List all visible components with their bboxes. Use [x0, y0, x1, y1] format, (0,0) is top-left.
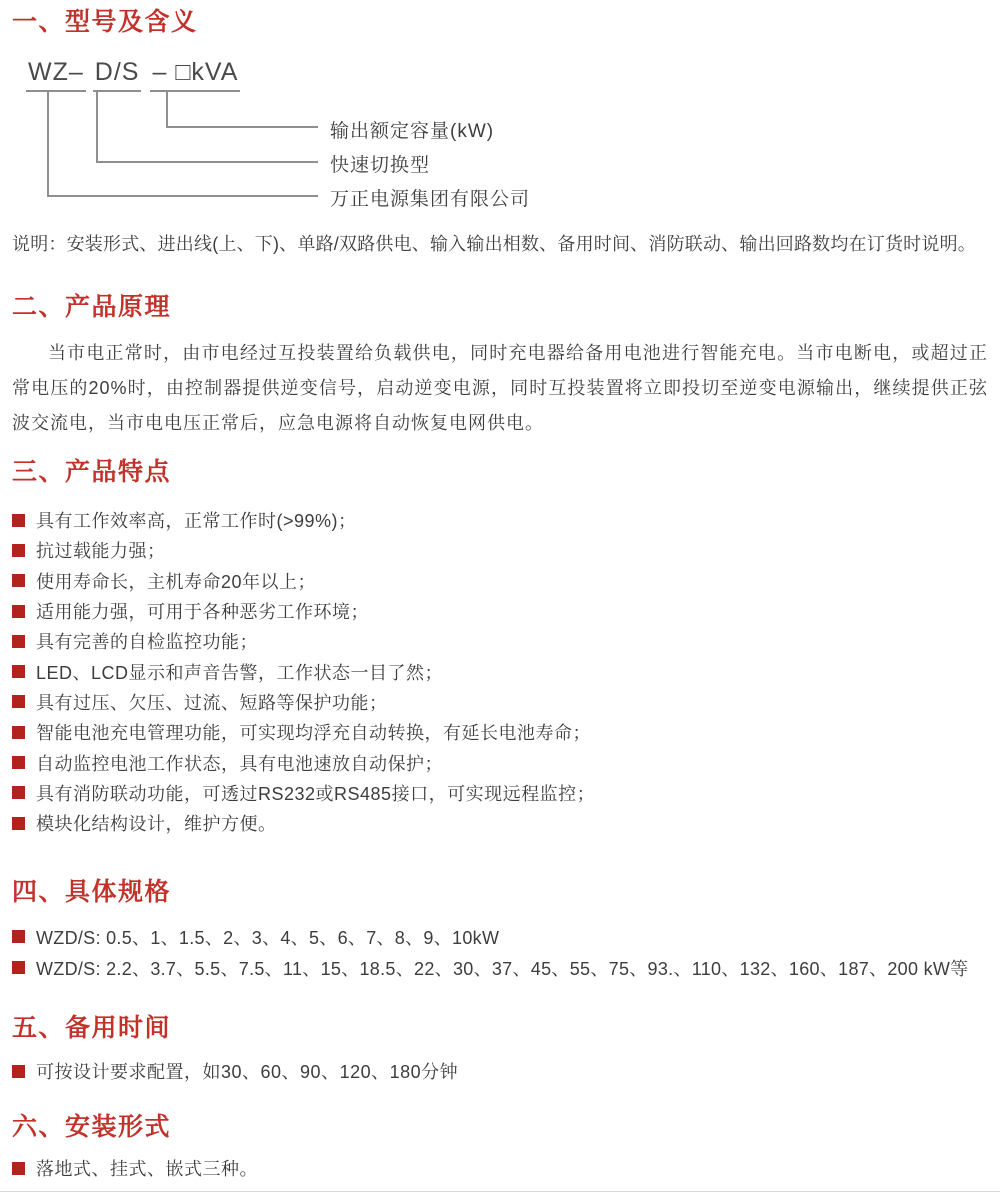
feature-item: 具有工作效率高，正常工作时(>99%)； [12, 505, 595, 535]
feature-item-text: LED、LCD显示和声音告警，工作状态一目了然； [36, 659, 443, 685]
installation-list: 落地式、挂式、嵌式三种。 [12, 1153, 258, 1183]
connector-line-capacity [166, 90, 168, 128]
connector-line-capacity-horizontal [166, 126, 318, 128]
model-code: WZ– D/S – □kVA [26, 58, 240, 92]
principle-paragraph: 当市电正常时，由市电经过互投装置给负载供电，同时充电器给备用电池进行智能充电。当… [12, 336, 988, 441]
bullet-square-icon [12, 635, 25, 648]
model-note: 说明：安装形式、进出线(上、下)、单路/双路供电、输入输出相数、备用时间、消防联… [12, 230, 976, 256]
bullet-square-icon [12, 1065, 25, 1078]
catalog-page: 一、型号及含义 WZ– D/S – □kVA 输出额定容量(kW) 快速切换型 … [0, 0, 1000, 1196]
feature-list: 具有工作效率高，正常工作时(>99%)； 抗过载能力强； 使用寿命长，主机寿命2… [12, 505, 595, 838]
feature-item-text: 使用寿命长，主机寿命20年以上； [36, 568, 316, 594]
feature-item: 具有过压、欠压、过流、短路等保护功能； [12, 687, 595, 717]
feature-item-text: 自动监控电池工作状态，具有电池速放自动保护； [36, 750, 443, 776]
feature-item: LED、LCD显示和声音告警，工作状态一目了然； [12, 656, 595, 686]
feature-item: 使用寿命长，主机寿命20年以上； [12, 566, 595, 596]
bullet-square-icon [12, 726, 25, 739]
bullet-square-icon [12, 756, 25, 769]
bullet-square-icon [12, 514, 25, 527]
backup-time-item: 可按设计要求配置，如30、60、90、120、180分钟 [12, 1056, 458, 1086]
section-3-heading: 三、产品特点 [12, 457, 171, 487]
backup-time-list: 可按设计要求配置，如30、60、90、120、180分钟 [12, 1056, 458, 1086]
bullet-square-icon [12, 1162, 25, 1175]
feature-item: 模块化结构设计，维护方便。 [12, 808, 595, 838]
connector-line-type-horizontal [96, 161, 318, 163]
model-code-type: D/S [93, 58, 142, 92]
model-code-prefix: WZ– [26, 58, 86, 92]
feature-item: 具有消防联动功能，可透过RS232或RS485接口，可实现远程监控； [12, 778, 595, 808]
bullet-square-icon [12, 786, 25, 799]
installation-item-text: 落地式、挂式、嵌式三种。 [36, 1155, 258, 1181]
bullet-square-icon [12, 574, 25, 587]
feature-item: 抗过载能力强； [12, 535, 595, 565]
connector-line-company-horizontal [47, 195, 318, 197]
backup-time-item-text: 可按设计要求配置，如30、60、90、120、180分钟 [36, 1058, 458, 1084]
spec-item-text: WZD/S: 2.2、3.7、5.5、7.5、11、15、18.5、22、30、… [36, 955, 969, 981]
connector-line-company [47, 90, 49, 197]
spec-list: WZD/S: 0.5、1、1.5、2、3、4、5、6、7、8、9、10kW WZ… [12, 921, 969, 983]
feature-item-text: 模块化结构设计，维护方便。 [36, 810, 277, 836]
feature-item-text: 具有工作效率高，正常工作时(>99%)； [36, 507, 357, 533]
feature-item: 自动监控电池工作状态，具有电池速放自动保护； [12, 747, 595, 777]
bullet-square-icon [12, 817, 25, 830]
feature-item-text: 智能电池充电管理功能，可实现均浮充自动转换，有延长电池寿命； [36, 719, 591, 745]
page-bottom-rule [0, 1191, 1000, 1192]
section-6-heading: 六、安装形式 [12, 1112, 171, 1142]
feature-item-text: 具有消防联动功能，可透过RS232或RS485接口，可实现远程监控； [36, 780, 595, 806]
bullet-square-icon [12, 544, 25, 557]
bullet-square-icon [12, 695, 25, 708]
bullet-square-icon [12, 961, 25, 974]
bullet-square-icon [12, 605, 25, 618]
bullet-square-icon [12, 665, 25, 678]
feature-item-text: 具有完善的自检监控功能； [36, 628, 258, 654]
section-5-heading: 五、备用时间 [12, 1013, 171, 1043]
spec-item: WZD/S: 0.5、1、1.5、2、3、4、5、6、7、8、9、10kW [12, 921, 969, 952]
feature-item: 适用能力强，可用于各种恶劣工作环境； [12, 596, 595, 626]
section-4-heading: 四、具体规格 [12, 877, 171, 907]
feature-item: 智能电池充电管理功能，可实现均浮充自动转换，有延长电池寿命； [12, 717, 595, 747]
connector-line-type [96, 90, 98, 163]
model-code-capacity: – □kVA [150, 58, 240, 92]
model-label-company: 万正电源集团有限公司 [330, 184, 530, 211]
feature-item-text: 抗过载能力强； [36, 537, 166, 563]
feature-item-text: 适用能力强，可用于各种恶劣工作环境； [36, 598, 369, 624]
installation-item: 落地式、挂式、嵌式三种。 [12, 1153, 258, 1183]
spec-item-text: WZD/S: 0.5、1、1.5、2、3、4、5、6、7、8、9、10kW [36, 924, 499, 950]
feature-item-text: 具有过压、欠压、过流、短路等保护功能； [36, 689, 388, 715]
section-1-heading: 一、型号及含义 [12, 7, 198, 37]
spec-item: WZD/S: 2.2、3.7、5.5、7.5、11、15、18.5、22、30、… [12, 952, 969, 983]
model-label-capacity: 输出额定容量(kW) [330, 116, 494, 143]
feature-item: 具有完善的自检监控功能； [12, 626, 595, 656]
section-2-heading: 二、产品原理 [12, 292, 171, 322]
bullet-square-icon [12, 930, 25, 943]
model-label-fast-switch: 快速切换型 [330, 150, 430, 177]
